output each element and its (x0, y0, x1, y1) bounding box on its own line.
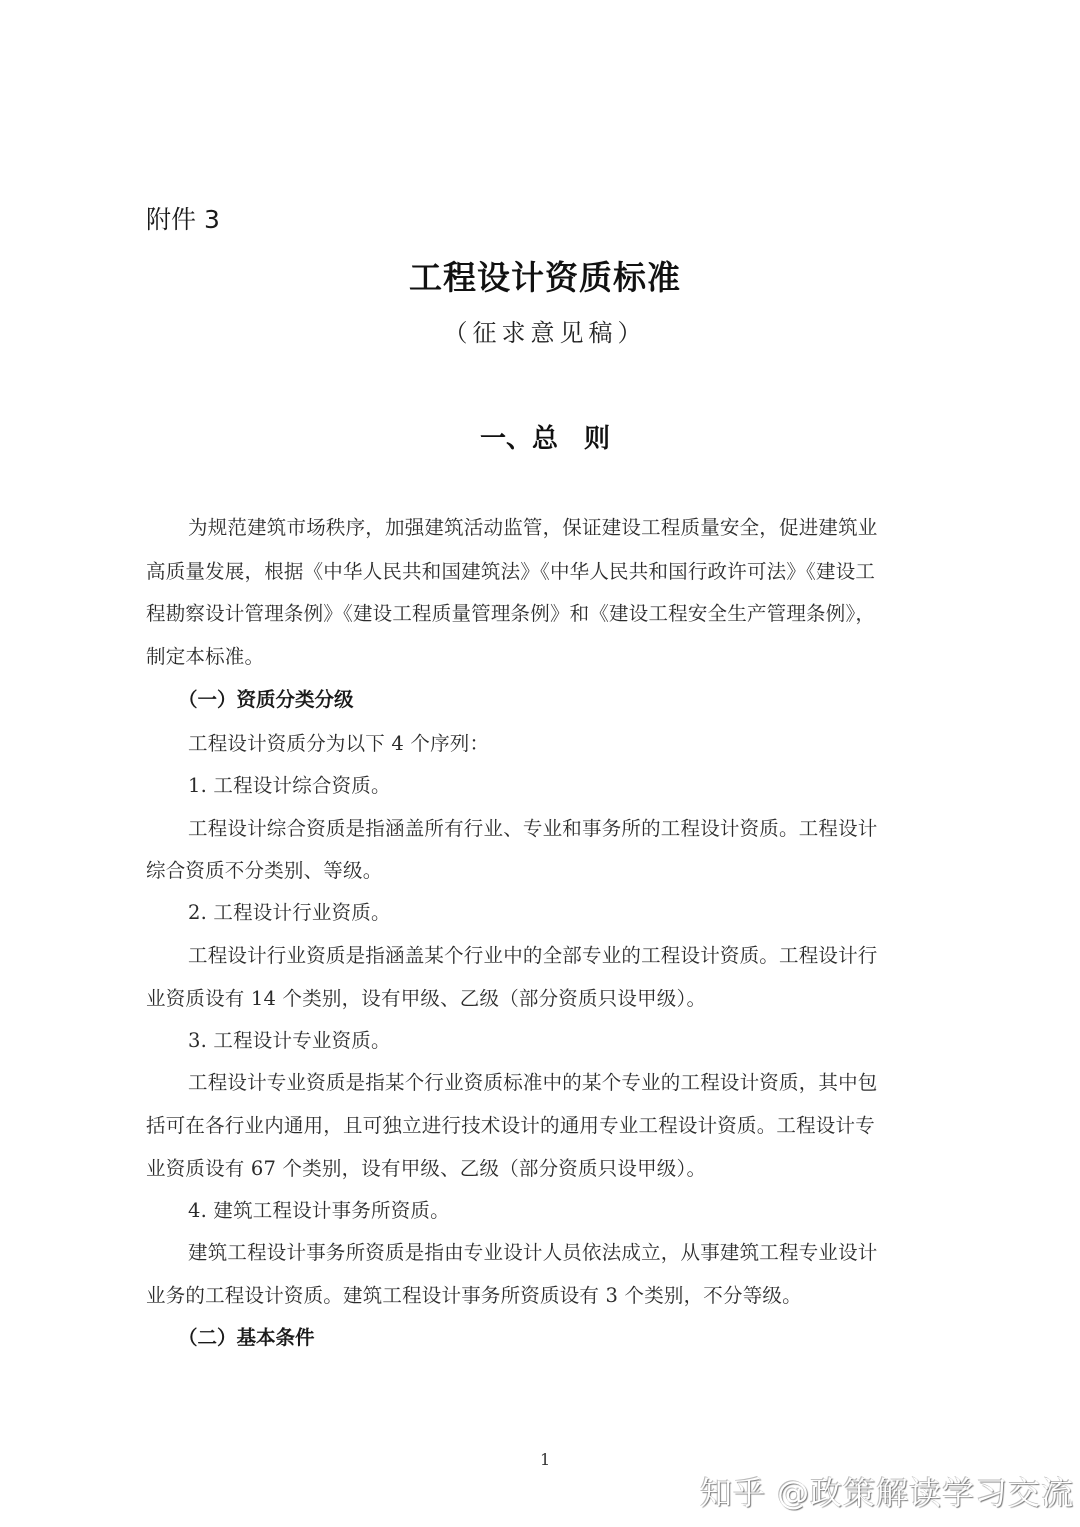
intro-line: 制定本标准。 (146, 641, 264, 669)
body-line: 业资质设有 67 个类别，设有甲级、乙级（部分资质只设甲级）。 (146, 1153, 706, 1181)
intro-line: 程勘察设计管理条例》《建设工程质量管理条例》和《建设工程安全生产管理条例》， (146, 598, 875, 626)
page-number: 1 (540, 1450, 550, 1469)
subsection-heading-basic-conditions: （二）基本条件 (178, 1322, 315, 1350)
section-heading-general: 一、总 则 (0, 418, 1080, 455)
body-line: 4. 建筑工程设计事务所资质。 (188, 1195, 450, 1223)
body-line: 1. 工程设计综合资质。 (188, 770, 391, 798)
body-line: 括可在各行业内通用，且可独立进行技术设计的通用专业工程设计资质。工程设计专 (146, 1110, 875, 1138)
attachment-label: 附件 3 (146, 200, 220, 236)
subsection-heading-classification: （一）资质分类分级 (178, 684, 354, 712)
document-subtitle: （征求意见稿） (0, 313, 1080, 348)
body-line: 工程设计行业资质是指涵盖某个行业中的全部专业的工程设计资质。工程设计行 (188, 940, 878, 968)
body-line: 工程设计综合资质是指涵盖所有行业、专业和事务所的工程设计资质。工程设计 (188, 813, 878, 841)
body-line: 综合资质不分类别、等级。 (146, 855, 382, 883)
body-line: 建筑工程设计事务所资质是指由专业设计人员依法成立，从事建筑工程专业设计 (188, 1237, 878, 1265)
document-title: 工程设计资质标准 (0, 252, 1080, 299)
intro-line: 为规范建筑市场秩序，加强建筑活动监管，保证建设工程质量安全，促进建筑业 (188, 512, 878, 540)
body-line: 业务的工程设计资质。建筑工程设计事务所资质设有 3 个类别，不分等级。 (146, 1280, 802, 1308)
body-line: 3. 工程设计专业资质。 (188, 1025, 391, 1053)
body-line: 业资质设有 14 个类别，设有甲级、乙级（部分资质只设甲级）。 (146, 983, 706, 1011)
body-line: 工程设计资质分为以下 4 个序列： (188, 728, 489, 756)
intro-line: 高质量发展，根据《中华人民共和国建筑法》《中华人民共和国行政许可法》《建设工 (146, 556, 875, 584)
body-line: 工程设计专业资质是指某个行业资质标准中的某个专业的工程设计资质，其中包 (188, 1067, 878, 1095)
watermark: 知乎 @政策解读学习交流 (700, 1468, 1074, 1514)
body-line: 2. 工程设计行业资质。 (188, 897, 391, 925)
